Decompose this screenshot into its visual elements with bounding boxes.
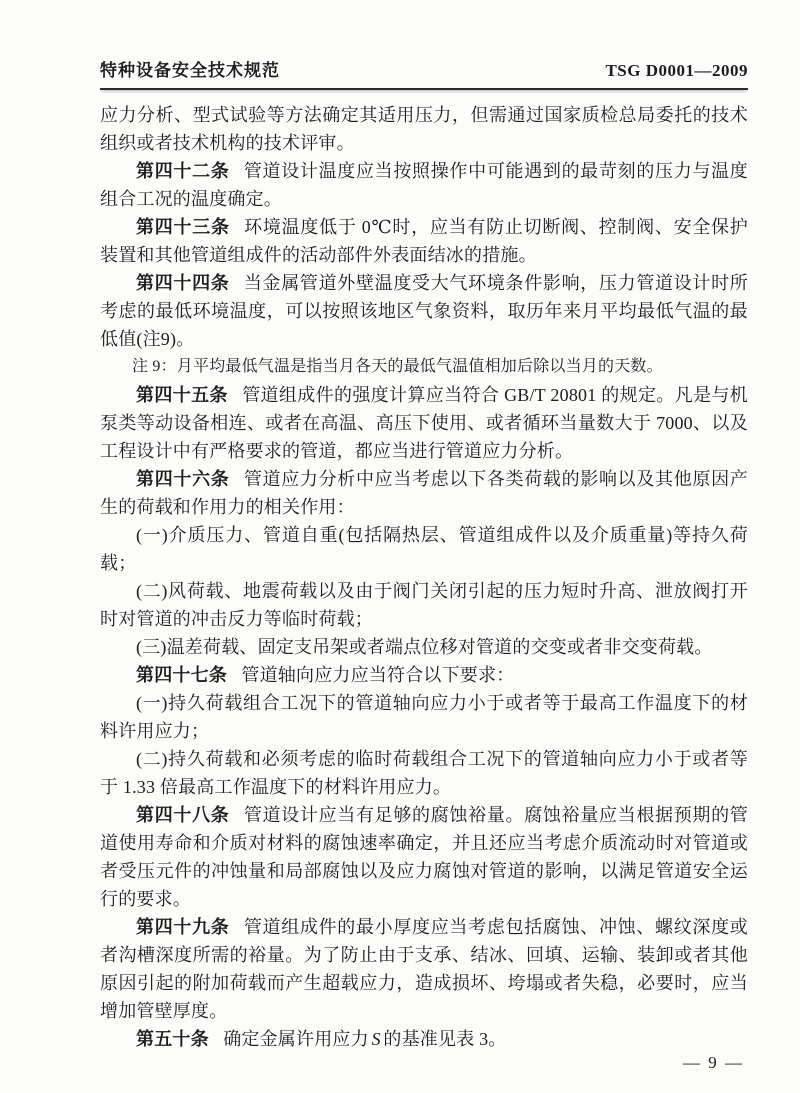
paragraph-article-46: 第四十六条管道应力分析中应当考虑以下各类荷载的影响以及其他原因产生的荷载和作用力… [100,465,748,521]
article-number: 第四十四条 [136,273,229,293]
header-doc-code: TSG D0001—2009 [605,61,748,81]
article-number: 第四十九条 [136,917,229,937]
article-number: 第四十二条 [136,161,229,181]
list-item-text: (二)风荷载、地震荷载以及由于阀门关闭引起的压力短时升高、泄放阀打开时对管道的冲… [100,581,748,629]
article-number: 第四十三条 [136,217,230,237]
paragraph-article-50: 第五十条确定金属许用应力S的基准见表 3。 [100,1025,748,1053]
header-doc-category: 特种设备安全技术规范 [100,56,280,81]
list-item-text: (三)温差荷载、固定支吊架或者端点位移对管道的交变或者非交变荷载。 [136,637,713,657]
article-number: 第五十条 [136,1029,209,1049]
paragraph-text: 应力分析、型式试验等方法确定其适用压力，但需通过国家质检总局委托的技术组织或者技… [100,105,748,153]
list-item-3: (三)温差荷载、固定支吊架或者端点位移对管道的交变或者非交变荷载。 [100,633,748,661]
document-body: 应力分析、型式试验等方法确定其适用压力，但需通过国家质检总局委托的技术组织或者技… [100,101,748,1053]
article-text: 管道轴向应力应当符合以下要求： [241,665,514,685]
paragraph-article-49: 第四十九条管道组成件的最小厚度应当考虑包括腐蚀、冲蚀、螺纹深度或者沟槽深度所需的… [100,913,748,1025]
article-text-pre: 确定金属许用应力 [223,1029,369,1049]
paragraph-article-43: 第四十三条环境温度低于 0℃时，应当有防止切断阀、控制阀、安全保护装置和其他管道… [100,213,748,269]
list-item-text: (二)持久荷载和必须考虑的临时荷载组合工况下的管道轴向应力小于或者等于 1.33… [100,749,748,797]
list-item-2: (二)风荷载、地震荷载以及由于阀门关闭引起的压力短时升高、泄放阀打开时对管道的冲… [100,577,748,633]
article-number: 第四十七条 [136,665,227,685]
paragraph-article-42: 第四十二条管道设计温度应当按照操作中可能遇到的最苛刻的压力与温度组合工况的温度确… [100,157,748,213]
paragraph-article-45: 第四十五条管道组成件的强度计算应当符合 GB/T 20801 的规定。凡是与机泵… [100,381,748,465]
article-number: 第四十六条 [136,469,229,489]
list-item-text: (一)持久荷载组合工况下的管道轴向应力小于或者等于最高工作温度下的材料许用应力； [100,693,748,741]
article-number: 第四十八条 [136,805,229,825]
list-item-text: (一)介质压力、管道自重(包括隔热层、管道组成件以及介质重量)等持久荷载； [100,525,748,573]
article-number: 第四十五条 [136,385,228,405]
page-header: 特种设备安全技术规范 TSG D0001—2009 [100,56,748,90]
article-text-post: 的基准见表 3。 [383,1029,506,1049]
page-number: — 9 — [683,1053,744,1073]
paragraph-article-47: 第四十七条管道轴向应力应当符合以下要求： [100,661,748,689]
symbol-allowable-stress: S [369,1029,384,1049]
list-item-1: (一)持久荷载组合工况下的管道轴向应力小于或者等于最高工作温度下的材料许用应力； [100,689,748,745]
document-page: 特种设备安全技术规范 TSG D0001—2009 应力分析、型式试验等方法确定… [0,0,800,1093]
list-item-1: (一)介质压力、管道自重(包括隔热层、管道组成件以及介质重量)等持久荷载； [100,521,748,577]
paragraph-continuation: 应力分析、型式试验等方法确定其适用压力，但需通过国家质检总局委托的技术组织或者技… [100,101,748,157]
note-text: 注 9：月平均最低气温是指当月各天的最低气温值相加后除以当月的天数。 [132,358,663,375]
paragraph-article-48: 第四十八条管道设计应当有足够的腐蚀裕量。腐蚀裕量应当根据预期的管道使用寿命和介质… [100,801,748,913]
paragraph-note-9: 注 9：月平均最低气温是指当月各天的最低气温值相加后除以当月的天数。 [100,353,748,381]
paragraph-article-44: 第四十四条当金属管道外壁温度受大气环境条件影响，压力管道设计时所考虑的最低环境温… [100,269,748,353]
list-item-2: (二)持久荷载和必须考虑的临时荷载组合工况下的管道轴向应力小于或者等于 1.33… [100,745,748,801]
